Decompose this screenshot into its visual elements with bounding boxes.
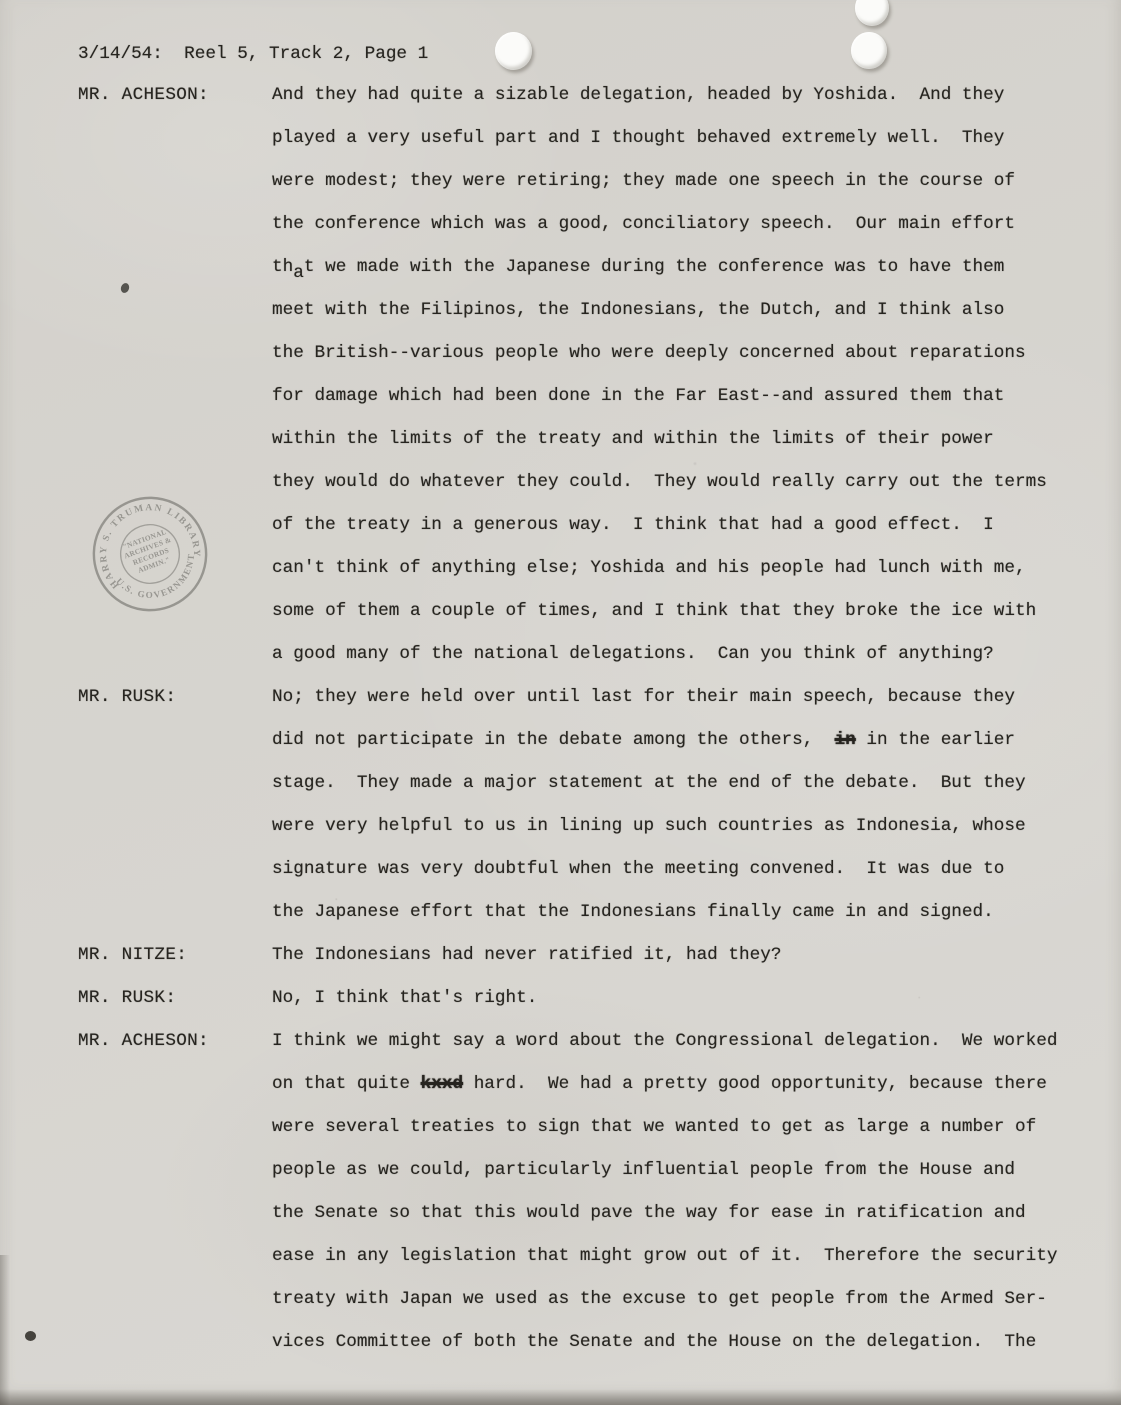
transcript-line: the Japanese effort that the Indonesians… xyxy=(272,891,1121,934)
transcript-line: for damage which had been done in the Fa… xyxy=(272,375,1121,418)
transcript-line: a good many of the national delegations.… xyxy=(272,633,1121,676)
transcript-line: were very helpful to us in lining up suc… xyxy=(272,805,1121,848)
transcript-line: No; they were held over until last for t… xyxy=(272,676,1121,719)
transcript-line: they would do whatever they could. They … xyxy=(272,461,1121,504)
transcript-line: meet with the Filipinos, the Indonesians… xyxy=(272,289,1121,332)
transcript-line: signature was very doubtful when the mee… xyxy=(272,848,1121,891)
transcript-entry: MR. ACHESON:I think we might say a word … xyxy=(0,1020,1121,1364)
speaker-label: MR. RUSK: xyxy=(78,977,176,1020)
transcript-line: can't think of anything else; Yoshida an… xyxy=(272,547,1121,590)
transcript-entry: MR. RUSK:No, I think that's right. xyxy=(0,977,1121,1020)
transcript-line: some of them a couple of times, and I th… xyxy=(272,590,1121,633)
transcript-line: No, I think that's right. xyxy=(272,977,1121,1020)
transcript-line: within the limits of the treaty and with… xyxy=(272,418,1121,461)
transcript-line: And they had quite a sizable delegation,… xyxy=(272,74,1121,117)
transcript-line: treaty with Japan we used as the excuse … xyxy=(272,1278,1121,1321)
punch-hole-left xyxy=(495,32,532,70)
transcript-line: ease in any legislation that might grow … xyxy=(272,1235,1121,1278)
transcript-line: of the treaty in a generous way. I think… xyxy=(272,504,1121,547)
punch-hole-right-bottom xyxy=(851,32,887,69)
transcript-line: the Senate so that this would pave the w… xyxy=(272,1192,1121,1235)
punch-hole-right-top xyxy=(855,0,889,26)
speaker-label: MR. NITZE: xyxy=(78,934,187,977)
transcript-line: that we made with the Japanese during th… xyxy=(272,246,1121,289)
transcript: MR. ACHESON:And they had quite a sizable… xyxy=(0,74,1121,1364)
transcript-entry: MR. ACHESON:And they had quite a sizable… xyxy=(0,74,1121,676)
speaker-label: MR. ACHESON: xyxy=(78,1020,209,1063)
transcript-entry: MR. RUSK:No; they were held over until l… xyxy=(0,676,1121,934)
transcript-line: were several treaties to sign that we wa… xyxy=(272,1106,1121,1149)
transcript-line: The Indonesians had never ratified it, h… xyxy=(272,934,1121,977)
transcript-line: were modest; they were retiring; they ma… xyxy=(272,160,1121,203)
transcript-line: vices Committee of both the Senate and t… xyxy=(272,1321,1121,1364)
transcript-line: did not participate in the debate among … xyxy=(272,719,1121,762)
transcript-line: the conference which was a good, concili… xyxy=(272,203,1121,246)
page-header: 3/14/54: Reel 5, Track 2, Page 1 xyxy=(78,44,428,64)
scan-edge-shadow-bottom xyxy=(0,1389,1121,1405)
transcript-line: people as we could, particularly influen… xyxy=(272,1149,1121,1192)
ink-speck xyxy=(25,1331,36,1341)
transcript-line: played a very useful part and I thought … xyxy=(272,117,1121,160)
transcript-line: the British--various people who were dee… xyxy=(272,332,1121,375)
transcript-line: I think we might say a word about the Co… xyxy=(272,1020,1121,1063)
speaker-label: MR. RUSK: xyxy=(78,676,176,719)
transcript-entry: MR. NITZE:The Indonesians had never rati… xyxy=(0,934,1121,977)
speaker-label: MR. ACHESON: xyxy=(78,74,209,117)
transcript-line: stage. They made a major statement at th… xyxy=(272,762,1121,805)
transcript-line: on that quite kxxd hard. We had a pretty… xyxy=(272,1063,1121,1106)
scan-edge-shadow-left xyxy=(0,1255,10,1405)
scanned-transcript-page: 3/14/54: Reel 5, Track 2, Page 1 HARRY S… xyxy=(0,0,1121,1405)
